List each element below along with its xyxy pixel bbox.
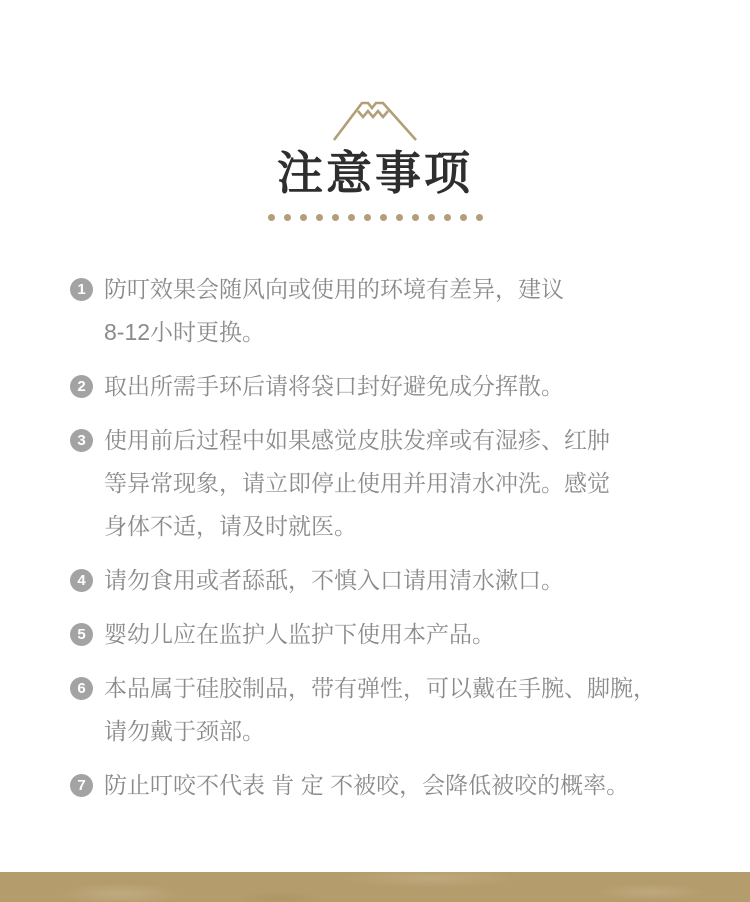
item-text: 请勿食用或者舔舐，不慎入口请用清水漱口。 <box>104 559 564 602</box>
list-item: 5 婴幼儿应在监护人监护下使用本产品。 <box>70 613 720 656</box>
list-item: 6 本品属于硅胶制品，带有弹性，可以戴在手腕、脚腕， 请勿戴于颈部。 <box>70 667 720 753</box>
item-number-badge: 4 <box>70 569 93 592</box>
page-title: 注意事项 <box>0 148 750 199</box>
divider-dot <box>316 214 323 221</box>
item-text: 本品属于硅胶制品，带有弹性，可以戴在手腕、脚腕， 请勿戴于颈部。 <box>104 667 656 753</box>
divider-dot <box>476 214 483 221</box>
divider-dot <box>364 214 371 221</box>
divider-dot <box>412 214 419 221</box>
list-item: 4 请勿食用或者舔舐，不慎入口请用清水漱口。 <box>70 559 720 602</box>
item-number-badge: 7 <box>70 774 93 797</box>
item-text: 婴幼儿应在监护人监护下使用本产品。 <box>104 613 495 656</box>
divider-dot <box>348 214 355 221</box>
item-number-badge: 6 <box>70 677 93 700</box>
item-number-badge: 2 <box>70 375 93 398</box>
notes-list: 1 防叮效果会随风向或使用的环境有差异，建议 8-12小时更换。 2 取出所需手… <box>0 268 750 807</box>
item-number-badge: 1 <box>70 278 93 301</box>
header: 注意事项 <box>0 0 750 221</box>
divider-dot <box>396 214 403 221</box>
item-text: 防叮效果会随风向或使用的环境有差异，建议 8-12小时更换。 <box>104 268 564 354</box>
item-number-badge: 5 <box>70 623 93 646</box>
divider-dot <box>332 214 339 221</box>
footer-band <box>0 872 750 902</box>
precautions-page: 注意事项 1 防叮效果会随风向或使用的环境有差异，建议 8-12小时更换。 2 … <box>0 0 750 807</box>
item-text: 取出所需手环后请将袋口封好避免成分挥散。 <box>104 365 564 408</box>
divider-dot <box>380 214 387 221</box>
divider-dot <box>300 214 307 221</box>
item-text: 使用前后过程中如果感觉皮肤发痒或有湿疹、红肿 等异常现象，请立即停止使用并用清水… <box>104 419 610 548</box>
mountain-icon <box>327 90 423 142</box>
list-item: 1 防叮效果会随风向或使用的环境有差异，建议 8-12小时更换。 <box>70 268 720 354</box>
dotted-divider <box>0 214 750 221</box>
list-item: 2 取出所需手环后请将袋口封好避免成分挥散。 <box>70 365 720 408</box>
list-item: 7 防止叮咬不代表 肯 定 不被咬，会降低被咬的概率。 <box>70 764 720 807</box>
item-text: 防止叮咬不代表 肯 定 不被咬，会降低被咬的概率。 <box>104 764 629 807</box>
item-number-badge: 3 <box>70 429 93 452</box>
divider-dot <box>460 214 467 221</box>
list-item: 3 使用前后过程中如果感觉皮肤发痒或有湿疹、红肿 等异常现象，请立即停止使用并用… <box>70 419 720 548</box>
divider-dot <box>444 214 451 221</box>
divider-dot <box>268 214 275 221</box>
divider-dot <box>284 214 291 221</box>
divider-dot <box>428 214 435 221</box>
